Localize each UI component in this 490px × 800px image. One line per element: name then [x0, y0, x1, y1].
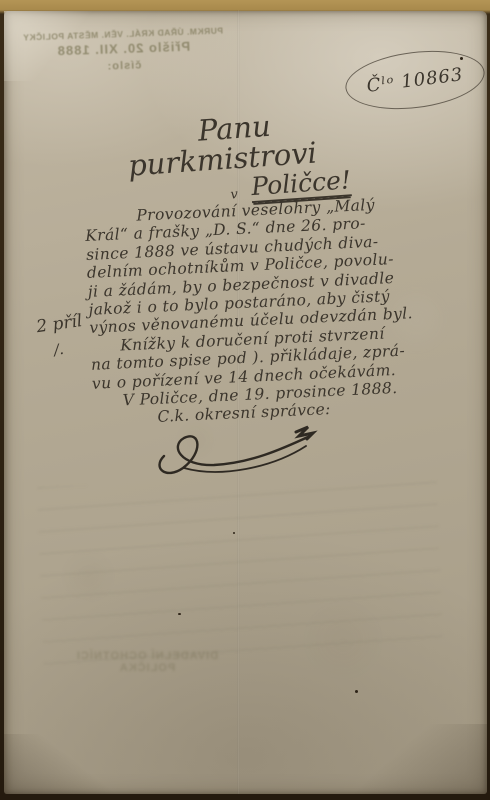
file-number-text: Čˡᵒ 10863 [366, 64, 465, 97]
enclosures-margin-note: 2 příl /. [35, 311, 87, 361]
paper-speck [460, 57, 463, 60]
bottom-left-fold-shadow [4, 734, 134, 794]
letter-body: Provozování veselohry „Malý Král“ a fraš… [84, 191, 490, 430]
bottom-right-fold-shadow [317, 724, 487, 794]
paper-speck [178, 613, 181, 615]
heading-preposition: v [230, 189, 238, 203]
address-heading: Panu purkmistrovi v Poličce! [125, 106, 352, 211]
signature-flourish [150, 406, 330, 486]
paper-speck [233, 532, 235, 534]
paper-speck [355, 690, 358, 693]
scanned-letter-photo: { "document": { "type": "handwritten let… [0, 0, 490, 800]
stamp-bleedthrough: DIVADELNÍ OCHOTNÍCI POLIČKA [52, 650, 242, 674]
received-stamp-mirrored: PURKM. ÚŘAD KRÁL. VĚN. MĚSTA POLIČKY Při… [15, 24, 232, 79]
